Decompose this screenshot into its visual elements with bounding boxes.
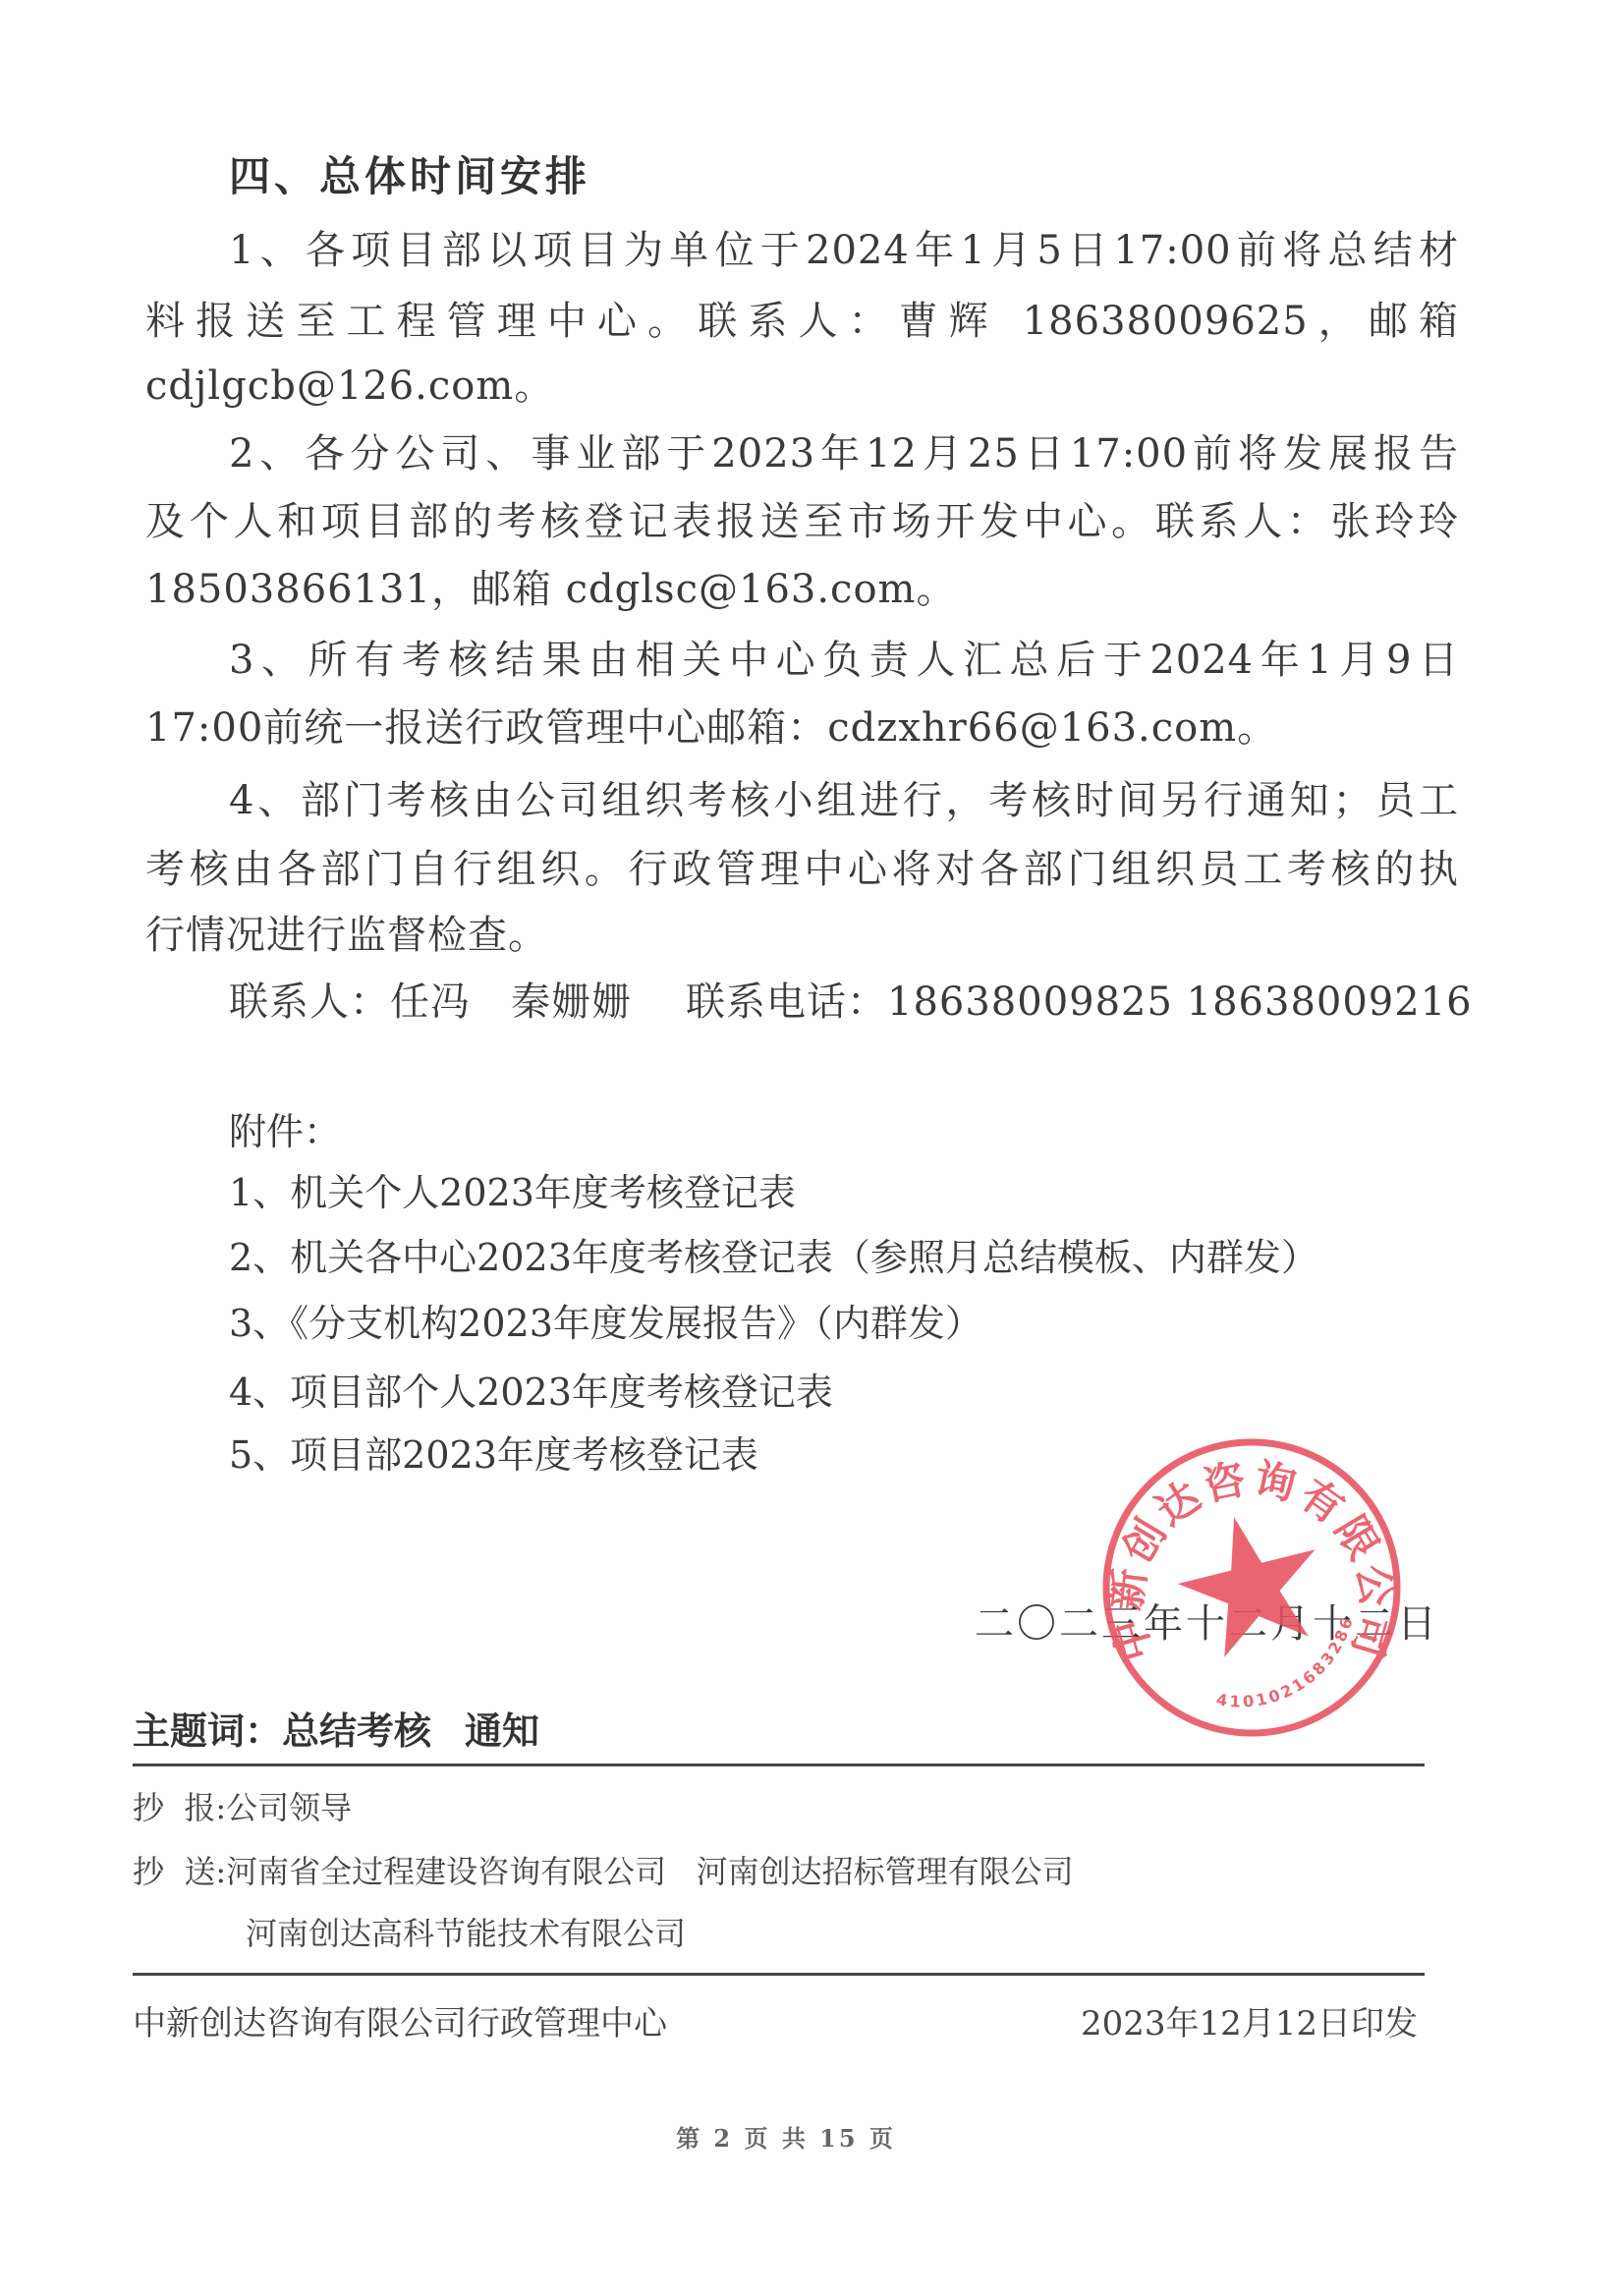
- paragraph-4-line-1: 4、部门考核由公司组织考核小组进行，考核时间另行通知；员工: [229, 777, 1459, 824]
- cc-send-value-1: 河南省全过程建设咨询有限公司 河南创达招标管理有限公司: [226, 1853, 1074, 1890]
- cc-report-value: 公司领导: [226, 1789, 352, 1826]
- cc-send-value-2: 河南创达高科节能技术有限公司: [246, 1914, 686, 1953]
- attachment-item-1: 1、机关个人2023年度考核登记表: [229, 1169, 796, 1216]
- attachment-item-2: 2、机关各中心2023年度考核登记表（参照月总结模板、内群发）: [229, 1234, 1318, 1281]
- paragraph-1-line-3: cdjlgcb@126.com。: [145, 363, 1459, 410]
- paragraph-2-line-3: 18503866131，邮箱 cdglsc@163.com。: [145, 566, 1459, 613]
- subject-term-2: 通知: [465, 1709, 539, 1753]
- subject-label: 主题词：: [133, 1709, 282, 1753]
- paragraph-4-line-2: 考核由各部门自行组织。行政管理中心将对各部门组织员工考核的执: [145, 846, 1459, 893]
- issue-date: 2023年12月12日印发: [1081, 2002, 1418, 2045]
- paragraph-1-line-1: 1、各项目部以项目为单位于2024年1月5日17:00前将总结材: [229, 227, 1459, 274]
- attachment-item-5: 5、项目部2023年度考核登记表: [229, 1431, 758, 1479]
- cc-send-label: 抄 送:: [133, 1853, 226, 1890]
- paragraph-2-line-1: 2、各分公司、事业部于2023年12月25日17:00前将发展报告: [229, 430, 1459, 477]
- issuer: 中新创达咨询有限公司行政管理中心: [133, 2002, 667, 2045]
- page-indicator: 第 2 页 共 15 页: [0, 2124, 1572, 2154]
- paragraph-1-line-2: 料报送至工程管理中心。联系人：曹辉 18638009625，邮箱: [145, 298, 1459, 345]
- cc-report: 抄 报:公司领导: [133, 1788, 352, 1827]
- divider-top: [133, 1763, 1425, 1766]
- attachment-item-4: 4、项目部个人2023年度考核登记表: [229, 1369, 833, 1416]
- subject-keywords: 主题词：总结考核通知: [133, 1707, 539, 1755]
- cc-send: 抄 送:河南省全过程建设咨询有限公司 河南创达招标管理有限公司: [133, 1852, 1074, 1891]
- paragraph-4-line-3: 行情况进行监督检查。: [145, 912, 1459, 959]
- attachments-title: 附件：: [229, 1108, 341, 1155]
- company-seal-icon: 中新创达咨询有限公司 4101021683286: [1098, 1434, 1405, 1741]
- signature-date: 二〇二三年十二月十二日: [975, 1600, 1439, 1648]
- cc-report-label: 抄 报:: [133, 1789, 226, 1826]
- attachment-item-3: 3、《分支机构2023年度发展报告》（内群发）: [229, 1300, 982, 1347]
- divider-bottom: [133, 1973, 1425, 1976]
- contact-line: 联系人：任冯 秦姗姗 联系电话：18638009825 18638009216: [229, 979, 1473, 1026]
- paragraph-3-line-1: 3、所有考核结果由相关中心负责人汇总后于2024年1月9日: [229, 637, 1459, 684]
- subject-term-1: 总结考核: [282, 1709, 431, 1753]
- document-page: 四、总体时间安排 1、各项目部以项目为单位于2024年1月5日17:00前将总结…: [0, 0, 1624, 2295]
- paragraph-2-line-2: 及个人和项目部的考核登记表报送至市场开发中心。联系人：张玲玲: [145, 498, 1459, 545]
- paragraph-3-line-2: 17:00前统一报送行政管理中心邮箱：cdzxhr66@163.com。: [145, 704, 1459, 752]
- section-heading: 四、总体时间安排: [229, 153, 590, 200]
